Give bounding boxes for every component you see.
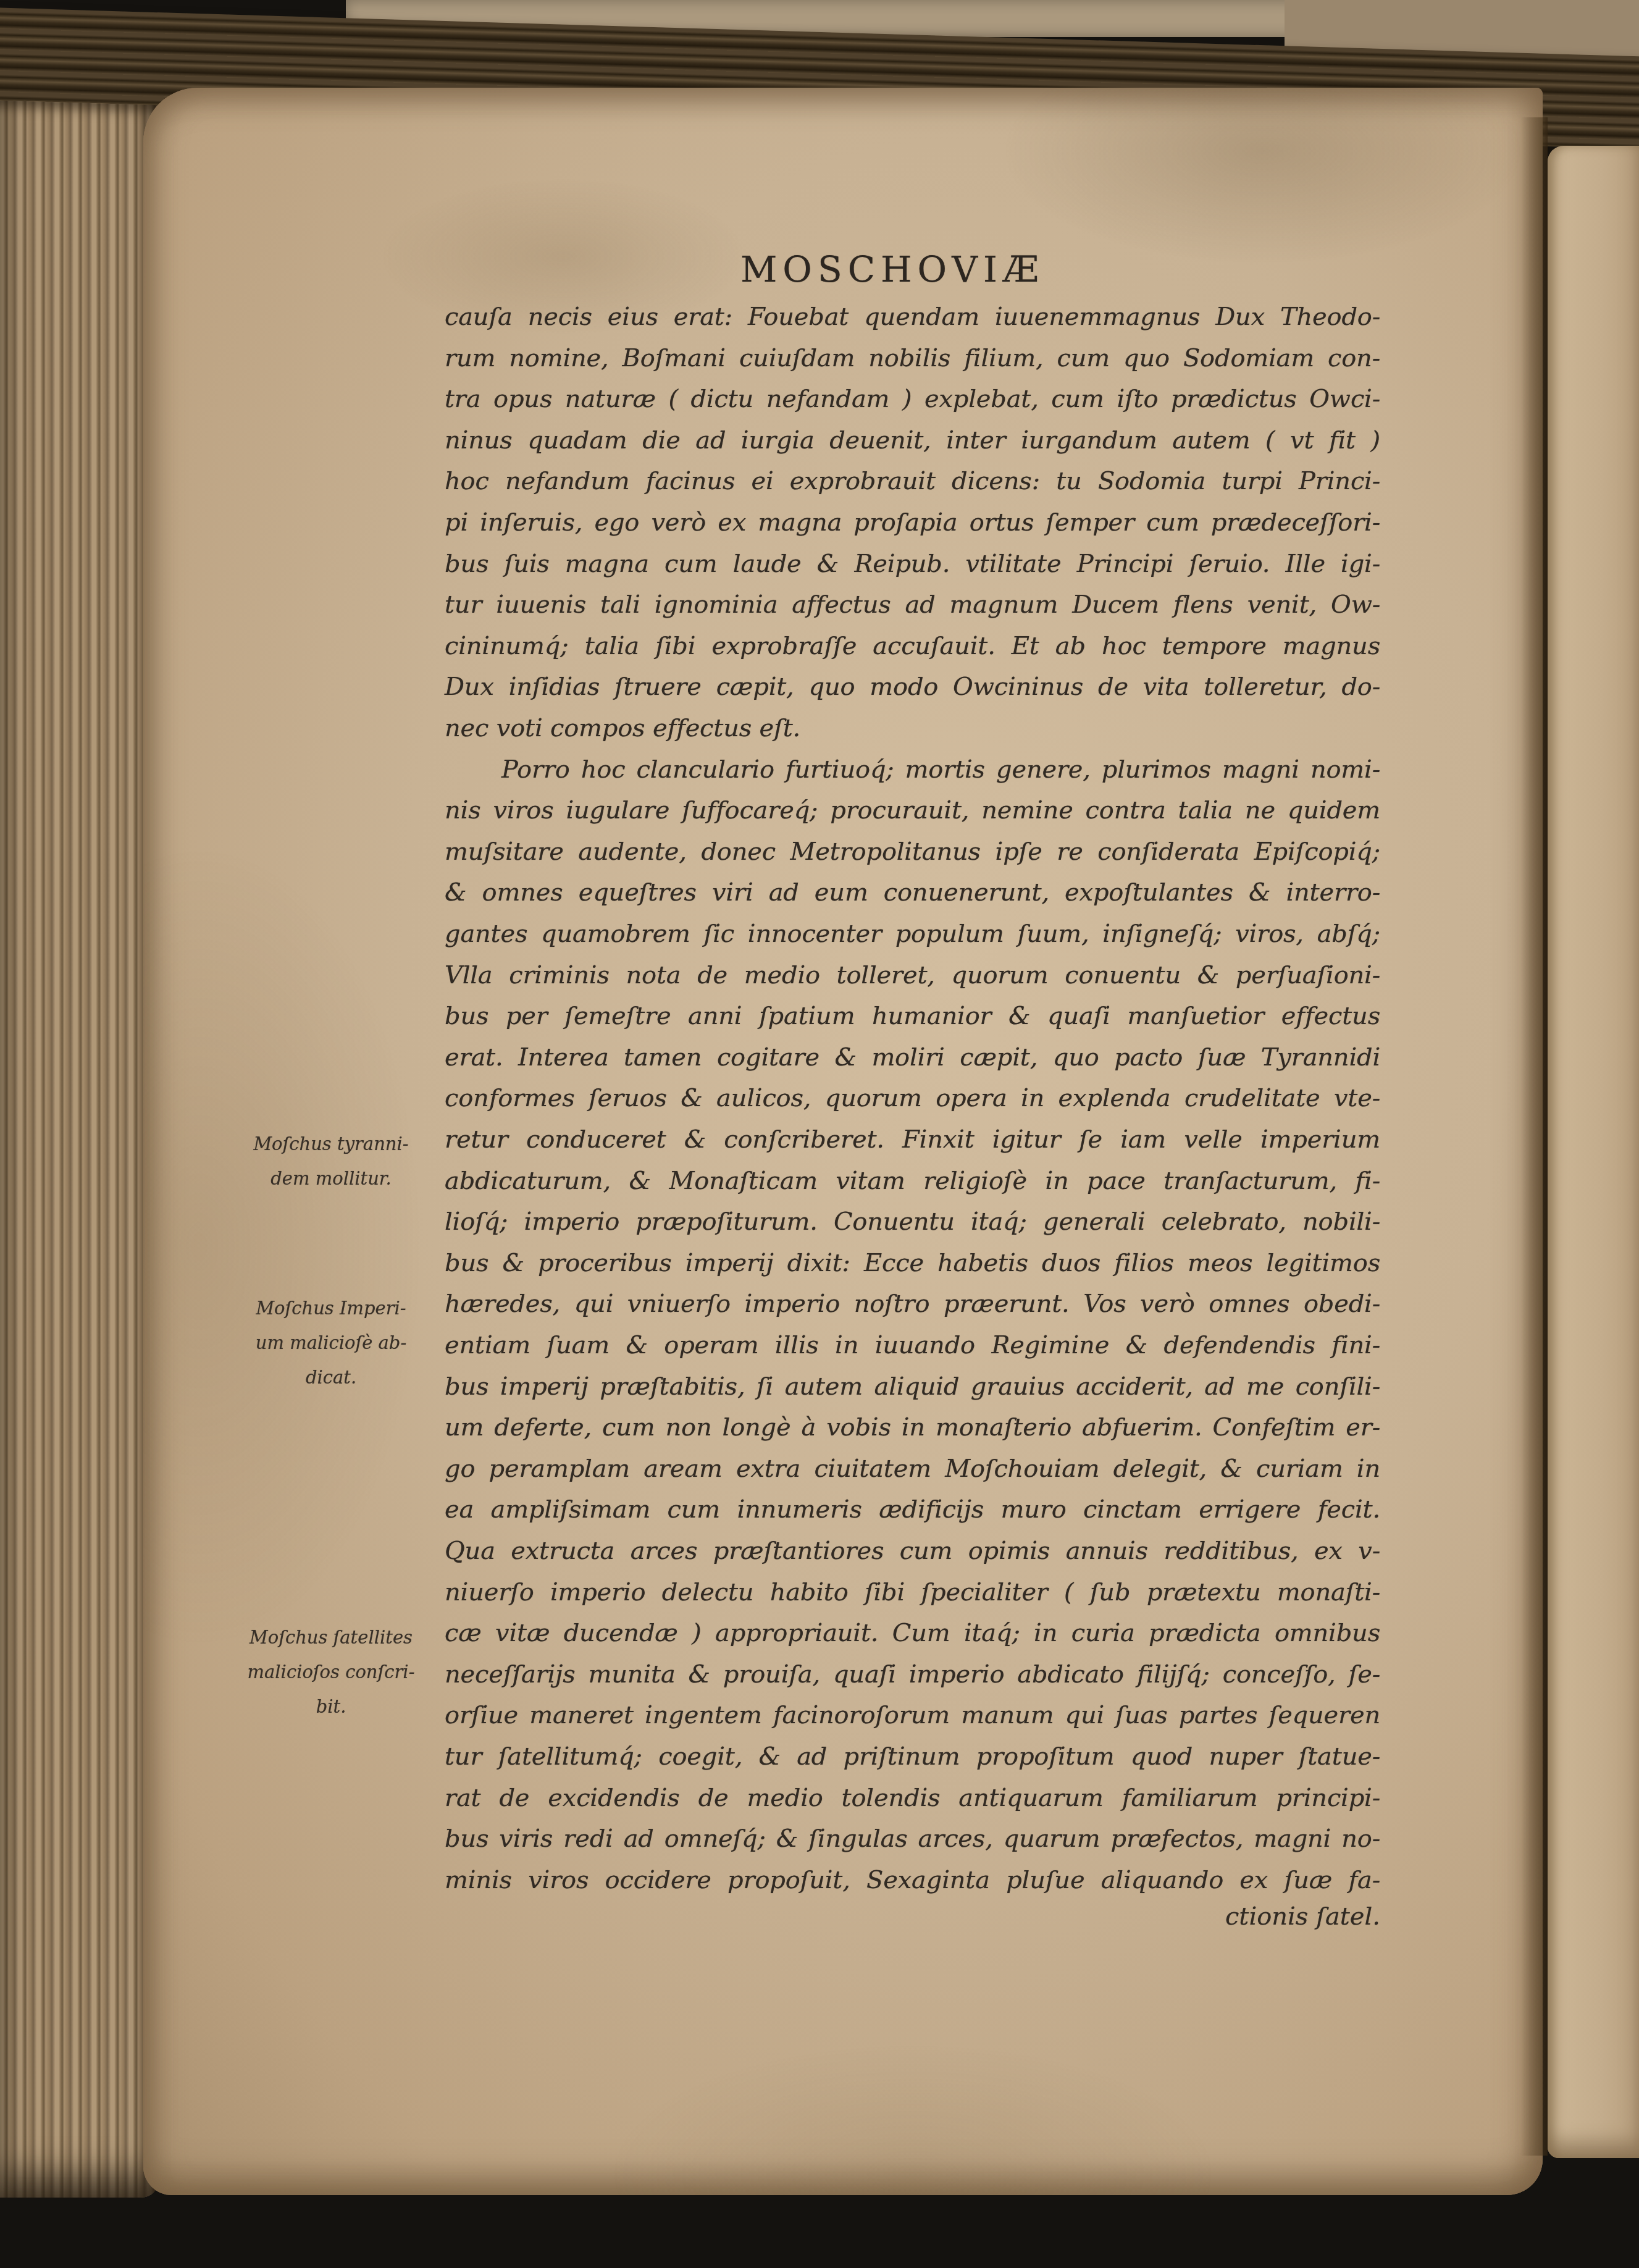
body-line: bus per ſemeſtre anni ſpatium humanior &… [445, 997, 1380, 1037]
body-line: erat. Interea tamen cogitare & moliri cæ… [445, 1039, 1380, 1078]
body-line: bus ſuis magna cum laude & Reipub. vtili… [445, 545, 1380, 585]
margin-note-line: um malicioſè ab- [240, 1325, 422, 1360]
body-line: ninus quadam die ad iurgia deuenit, inte… [445, 422, 1380, 461]
body-line: tra opus naturæ ( dictu nefandam ) exple… [445, 380, 1380, 420]
body-line: orſiue maneret ingentem facinoroſorum ma… [445, 1697, 1380, 1736]
body-line: tur iuuenis tali ignominia affectus ad m… [445, 586, 1380, 626]
margin-note-line: Moſchus tyranni- [240, 1127, 422, 1161]
body-line: hæredes, qui vniuerſo imperio noſtro præ… [445, 1285, 1380, 1325]
margin-note-line: dicat. [240, 1360, 422, 1395]
body-line: Vlla criminis nota de medio tolleret, qu… [445, 957, 1380, 996]
margin-note: Moſchus tyranni-dem mollitur. [240, 1127, 422, 1196]
body-line: go peramplam aream extra ciuitatem Moſch… [445, 1450, 1380, 1490]
body-line: conformes ſeruos & aulicos, quorum opera… [445, 1080, 1380, 1119]
body-line: abdicaturum, & Monaſticam vitam religioſ… [445, 1162, 1380, 1202]
body-line: cininumq́; talia ſibi exprobraſſe accuſa… [445, 628, 1380, 667]
body-line: & omnes equeſtres viri ad eum conuenerun… [445, 874, 1380, 913]
photo-of-open-book: { "book": { "header": "MOSCHOVIÆ", "para… [0, 0, 1639, 2268]
body-line: gantes quamobrem ſic innocenter populum … [445, 915, 1380, 955]
body-line: tur ſatellitumq́; coegit, & ad priſtinum… [445, 1738, 1380, 1778]
body-line: minis viros occidere propoſuit, Sexagint… [445, 1862, 1380, 1901]
body-line: neceſſarijs munita & prouiſa, quaſi impe… [445, 1656, 1380, 1695]
facing-page-sliver [1548, 146, 1639, 2158]
body-line: niuerſo imperio delectu habito ſibi ſpec… [445, 1574, 1380, 1613]
body-line: bus viris redi ad omneſq́; & ſingulas ar… [445, 1820, 1380, 1860]
body-line: pi inſeruis, ego verò ex magna proſapia … [445, 504, 1380, 544]
body-line: retur conduceret & conſcriberet. Finxit … [445, 1121, 1380, 1161]
margin-note-line: Moſchus ſatellites [240, 1620, 422, 1655]
body-line: rum nomine, Boſmani cuiuſdam nobilis fil… [445, 340, 1380, 379]
body-line: entiam ſuam & operam illis in iuuando Re… [445, 1327, 1380, 1366]
body-line: lioſq́; imperio præpoſiturum. Conuentu i… [445, 1203, 1380, 1243]
body-line: cauſa necis eius erat: Fouebat quendam i… [445, 298, 1380, 338]
margin-note: Moſchus Imperi-um malicioſè ab-dicat. [240, 1291, 422, 1395]
body-line: cæ vitæ ducendæ ) appropriauit. Cum itaq… [445, 1615, 1380, 1654]
book-left-page-edge-stack [0, 74, 159, 2198]
body-line: muſsitare audente, donec Metropolitanus … [445, 833, 1380, 873]
margin-note-line: dem mollitur. [240, 1161, 422, 1196]
body-line: nis viros iugulare ſuffocareq́; procurau… [445, 792, 1380, 831]
margin-note-line: Moſchus Imperi- [240, 1291, 422, 1325]
body-line: Dux inſidias ſtruere cæpit, quo modo Owc… [445, 668, 1380, 708]
body-line: hoc nefandum facinus ei exprobrauit dice… [445, 463, 1380, 502]
body-line: Porro hoc clanculario furtiuoq́; mortis … [445, 751, 1380, 791]
body-line: Qua extructa arces præſtantiores cum opi… [445, 1532, 1380, 1572]
body-line: rat de excidendis de medio tolendis anti… [445, 1779, 1380, 1819]
body-line: bus imperij præſtabitis, ſi autem aliqui… [445, 1368, 1380, 1408]
margin-note-line: malicioſos conſcri- [240, 1655, 422, 1689]
running-title: MOSCHOVIÆ [426, 248, 1359, 292]
book-gutter-crease [1520, 117, 1548, 2156]
body-line: nec voti compos effectus eſt. [445, 710, 1380, 749]
catchword: ctionis ſatel. [445, 1902, 1380, 1942]
margin-note: Moſchus ſatellitesmalicioſos conſcri-bit… [240, 1620, 422, 1724]
body-line: ea ampliſsimam cum innumeris ædificijs m… [445, 1491, 1380, 1531]
body-line: bus & proceribus imperij dixit: Ecce hab… [445, 1245, 1380, 1284]
body-line: um deferte, cum non longè à vobis in mon… [445, 1409, 1380, 1448]
margin-note-line: bit. [240, 1689, 422, 1724]
